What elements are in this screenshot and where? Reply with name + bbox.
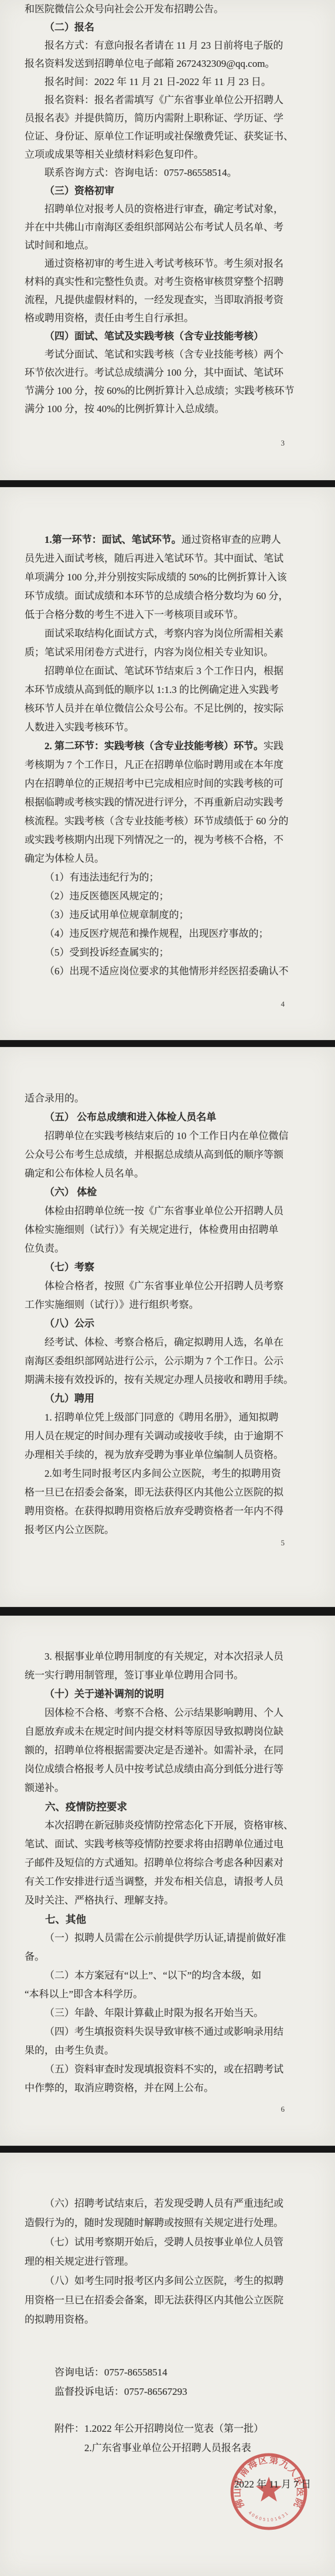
body-text-line: 用人员在规定的时间办理有关调动或接收手续，由于逾期不 — [0, 1427, 335, 1446]
footer-line: 咨询电话：0757-86558514 — [0, 2363, 335, 2382]
body-text-line: 根据临聘或考核实践的情况进行评分，不再重新启动实践考 — [0, 793, 335, 812]
body-text-line: （二）本方案冠有“以上”、“以下”的均含本级，如 — [0, 1966, 335, 1985]
body-text-line: 考核期为 7 个工作日，凡正在招聘单位临时聘用或在本年度 — [0, 756, 335, 774]
body-text-line: 1.第一环节：面试、笔试环节。通过资格审查的应聘人 — [0, 531, 335, 549]
body-text-line: 格一旦已在招委会备案，即无法获得区内其他公立医院的拟 — [0, 1483, 335, 1502]
body-text-line: （3）违反试用单位规章制度的； — [0, 906, 335, 925]
body-text-line: 报名方式：有意向报名者请在 11 月 23 日前将电子版的 — [0, 36, 335, 55]
body-text-line: 有关工作安排进行适当调整，并发布相关信息，请报考人员 — [0, 1872, 335, 1891]
body-text-line: 满分 100 分，按 40%的比例折算计入总成绩。 — [0, 400, 335, 418]
body-text-line: 额递补。 — [0, 1779, 335, 1797]
section-heading: （六） 体检 — [0, 1183, 335, 1202]
body-text-line: 3. 根据事业单位聘用制度的有关规定，对本次招录人员 — [0, 1647, 335, 1666]
body-text-line: 本环节成绩从高到低的顺序以 1:1.3 的比例确定进入实践考 — [0, 681, 335, 699]
body-text-line: 统一实行聘用制管理，签订事业单位聘用合同书。 — [0, 1666, 335, 1685]
body-text-line: 额的，招聘单位将根据需要决定是否递补。如需补录，在同 — [0, 1741, 335, 1760]
body-text-line: 招聘单位在实践考核结束后的 10 个工作日内在单位微信 — [0, 1127, 335, 1146]
body-text-line: 位证、身份证、原单位工作证明或社保缴费凭证、获奖证书、 — [0, 127, 335, 145]
body-text-line: 子邮件及短信的方式通知。招聘单位将综合考虑各种因素对 — [0, 1854, 335, 1872]
body-text-line: 体检实施细则（试行）》有关规定进行，体检费用由招聘单 — [0, 1221, 335, 1239]
document-page-5: （六）招聘考试结束后，若发现受聘人员有严重违纪或造假行为的，随时发现随时解聘或按… — [0, 2153, 335, 2576]
page-content: 3. 根据事业单位聘用制度的有关规定，对本次招录人员统一实行聘用制管理，签订事业… — [0, 1616, 335, 2098]
section-heading: （十）关于递补调剂的说明 — [0, 1685, 335, 1704]
body-text-line: （1）有违法违纪行为的； — [0, 868, 335, 887]
body-text-line: 因体检不合格、考察不合格、公示结果影响聘用、个人 — [0, 1704, 335, 1722]
body-text: 通过资格审查的应聘人 — [182, 534, 281, 545]
body-text-line: 自愿放弃或未在规定时间内提交材料等原因导致拟聘岗位缺 — [0, 1722, 335, 1741]
footer-line: 监督投诉电话：0757-86567293 — [0, 2382, 335, 2401]
body-text-line: 笔试、面试、实践考核等疫情防控要求将由招聘单位通过电 — [0, 1835, 335, 1854]
body-text-line: （6）出现不适应岗位要求的其他情形并经医招委确认不 — [0, 962, 335, 981]
blank-space — [0, 2401, 335, 2419]
body-text-line: 及时关注、严格执行、理解支持。 — [0, 1891, 335, 1910]
body-text-line: （四）考生填报资料失误导致审核不通过或影响录用结 — [0, 2023, 335, 2041]
body-text-line: 并在中共佛山市南海区委组织部网站公布考试人员名单、考 — [0, 218, 335, 236]
body-text-line: 体检由招聘单位统一按《广东省事业单位公开招聘人员 — [0, 1202, 335, 1221]
body-text-line: 岗位成绩合格报考人员中按考试总成绩由高分到低分进行等 — [0, 1760, 335, 1779]
body-text-line: 经考试、体检、考察合格后，确定拟聘用人选，名单在 — [0, 1333, 335, 1352]
body-text-line: （一）拟聘人员需在公示前提供学历认证,请提前做好准 — [0, 1929, 335, 1948]
body-text-line: 报名时间：2022 年 11 月 21 日-2022 年 11 月 23 日。 — [0, 73, 335, 91]
body-text-line: 造假行为的，随时发现随时解聘或按照有关规定进行处理。 — [0, 2213, 335, 2232]
body-text-line: 确定和公布体检人员名单。 — [0, 1164, 335, 1183]
page-gap — [0, 2146, 335, 2153]
body-text-line: 报名资料发送到招聘单位电子邮箱 2672432309@qq.com。 — [0, 55, 335, 73]
body-text-line: 人数进入实践考核环节。 — [0, 718, 335, 737]
issue-date: 2022 年 11 月 7 日 — [234, 2476, 311, 2490]
body-text-line: 环节成绩。面试成绩和本环节的总成绩合格分数均为 60 分， — [0, 587, 335, 606]
section-heading: （八）公示 — [0, 1314, 335, 1333]
page-number: 3 — [281, 437, 285, 449]
body-text-line: 位负责。 — [0, 1239, 335, 1258]
body-text-line: 流程，凡提供虚假材料的，一经发现查实，当即取消报考资 — [0, 291, 335, 309]
body-text-line: （五）资料审查时发现填报资料不实的，或在招聘考试 — [0, 2060, 335, 2079]
body-text-line: 招聘单位对报考人员的资格进行审查，确定考试对象， — [0, 200, 335, 218]
body-text-line: 工作实施细则（试行）》进行组织考察。 — [0, 1296, 335, 1314]
page-content: （六）招聘考试结束后，若发现受聘人员有严重违纪或造假行为的，随时发现随时解聘或按… — [0, 2153, 335, 2458]
section-heading: （四）面试、笔试及实践考核（含专业技能考核） — [0, 327, 335, 345]
body-text-line: 和医院微信公众号向社会公开发布招聘公告。 — [0, 0, 335, 18]
body-text-line: 报考区内公立医院。 — [0, 1521, 335, 1540]
body-text-line: 质；笔试采用闭卷方式进行，内容为岗位相关专业知识。 — [0, 643, 335, 662]
page-gap — [0, 1607, 335, 1616]
body-text-line: 考试分面试、笔试和实践考核（含专业技能考核）两个 — [0, 345, 335, 363]
section-heading: （三）资格初审 — [0, 182, 335, 200]
section-heading: 六、疫情防控要求 — [0, 1797, 335, 1816]
body-text-line: 材料的真实性和完整性负责。对考生资格审核贯穿整个招聘 — [0, 273, 335, 291]
body-text-line: 体检合格者，按照《广东省事业单位公开招聘人员考察 — [0, 1277, 335, 1296]
body-text-line: 环节依次进行。考试总成绩满分 100 分，其中面试、笔试环 — [0, 363, 335, 382]
body-text-line: 试时间和地点。 — [0, 236, 335, 254]
body-text-line: 1. 招聘单位凭上级部门同意的《聘用名册》，通知拟聘 — [0, 1408, 335, 1427]
body-text-line: 的拟聘用资格。 — [0, 2310, 335, 2329]
body-text-line: （八）如考生同时报考区内多间公立医院，考生的拟聘 — [0, 2271, 335, 2290]
section-heading: （二）报名 — [0, 18, 335, 36]
body-text-line: 2. 第二环节：实践考核（含专业技能考核）环节。实践 — [0, 737, 335, 756]
page-number: 4 — [281, 998, 285, 1010]
body-text-line: （4）违反医疗规范和操作规程，出现医疗事故的； — [0, 925, 335, 943]
body-text-line: 2.如考生同时报考区内多间公立医院，考生的拟聘用资 — [0, 1464, 335, 1483]
body-text-line: “本科以上”即含本科学历。 — [0, 1985, 335, 2004]
body-text-line: 南海区委组织部网站进行公示，公示期为 7 个工作日。公示 — [0, 1352, 335, 1371]
body-text-line: （六）招聘考试结束后，若发现受聘人员有严重违纪或 — [0, 2194, 335, 2213]
body-text-line: 单项满分 100 分,并分别按实际成绩的 50%的比例折算计入该 — [0, 568, 335, 587]
body-text-line: 本次招聘在新冠肺炎疫情防控常态化下开展，资格审核、 — [0, 1816, 335, 1835]
body-text-line: 用资格一旦已在招委会备案，即无法获得区内其他公立医院 — [0, 2290, 335, 2310]
scanned-recruitment-notice: 和医院微信公众号向社会公开发布招聘公告。（二）报名报名方式：有意向报名者请在 1… — [0, 0, 335, 2576]
document-page-1: 和医院微信公众号向社会公开发布招聘公告。（二）报名报名方式：有意向报名者请在 1… — [0, 0, 335, 480]
bold-lead-text: 1.第一环节：面试、笔试环节。 — [45, 534, 182, 545]
body-text-line: （三）年龄、年限计算截止时限为报名开始当天。 — [0, 2004, 335, 2023]
body-text-line: 招聘单位在面试、笔试环节结束后 3 个工作日内，根据 — [0, 662, 335, 681]
section-heading: （九）聘用 — [0, 1389, 335, 1408]
body-text-line: 通过资格初审的考生进入考试考核环节。考生须对报名 — [0, 254, 335, 273]
body-text-line: （5）受到投诉经查属实的； — [0, 943, 335, 962]
body-text-line: （七）试用考察期开始后，受聘人员按事业单位人员管 — [0, 2232, 335, 2252]
body-text-line: 面试采取结构化面试方式，考察内容为岗位所需相关素 — [0, 624, 335, 643]
body-text-line: 格或聘用资格，责任由考生自行承担。 — [0, 309, 335, 327]
body-text-line: 内在招聘单位的正规招考中已完成相应时间的实践考核的可 — [0, 774, 335, 793]
body-text-line: 员先进入面试考核，随后再进入笔试环节。其中面试、笔试 — [0, 549, 335, 568]
body-text-line: 中作弊的，取消应聘资格，并在网上公布。 — [0, 2079, 335, 2098]
body-text-line: 节满分 100 分，按 60%的比例折算计入总成绩；实践考核环节 — [0, 382, 335, 400]
section-heading: （七）考察 — [0, 1258, 335, 1277]
body-text-line: 立项或成果等相关业绩材料彩色复印件。 — [0, 145, 335, 164]
body-text-line: 适合录用的。 — [0, 1089, 335, 1108]
body-text-line: 核流程。实践考核（含专业技能考核）环节成绩低于 60 分的 — [0, 812, 335, 831]
body-text-line: 确定为体检人员。 — [0, 849, 335, 868]
official-hospital-seal: 佛山市南海区第九人民医院 4406051016310 — [228, 2451, 309, 2532]
body-text-line: （2）违反医德医风规定的； — [0, 887, 335, 906]
document-page-4: 3. 根据事业单位聘用制度的有关规定，对本次招录人员统一实行聘用制管理，签订事业… — [0, 1616, 335, 2146]
page-content: 适合录用的。（五） 公布总成绩和进入体检人员名单招聘单位在实践考核结束后的 10… — [0, 1047, 335, 1540]
page-content: 1.第一环节：面试、笔试环节。通过资格审查的应聘人员先进入面试考核，随后再进入笔… — [0, 487, 335, 981]
body-text-line: 联系咨询方式：咨询电话：0757-86558514。 — [0, 164, 335, 182]
body-text-line: 报名资料：报名者需填写《广东省事业单位公开招聘人 — [0, 91, 335, 109]
page-content: 和医院微信公众号向社会公开发布招聘公告。（二）报名报名方式：有意向报名者请在 1… — [0, 0, 335, 418]
body-text-line: 公众号公布考生总成绩，并根据总成绩从高到低的顺序等额 — [0, 1146, 335, 1164]
document-page-2: 1.第一环节：面试、笔试环节。通过资格审查的应聘人员先进入面试考核，随后再进入笔… — [0, 487, 335, 1040]
body-text-line: 备。 — [0, 1948, 335, 1966]
body-text-line: 果的，由考生负责。 — [0, 2041, 335, 2060]
section-heading: 七、其他 — [0, 1910, 335, 1929]
body-text: 实践 — [264, 740, 283, 752]
body-text-line: 或实践考核期内出现下列情况之一的，视为考核不合格，不 — [0, 831, 335, 849]
body-text-line: 核环节人员并在单位微信公众号公布。不足比例的，按实际 — [0, 699, 335, 718]
section-heading: （五） 公布总成绩和进入体检人员名单 — [0, 1108, 335, 1127]
footer-line: 附件：1.2022 年公开招聘岗位一览表（第一批） — [0, 2419, 335, 2438]
page-gap — [0, 480, 335, 487]
page-gap — [0, 1040, 335, 1047]
body-text-line: 低于合格分数的考生不进入下一考核项目或环节。 — [0, 606, 335, 624]
blank-space — [0, 2329, 335, 2363]
document-page-3: 适合录用的。（五） 公布总成绩和进入体检人员名单招聘单位在实践考核结束后的 10… — [0, 1047, 335, 1607]
body-text-line: 理的相关规定进行管理。 — [0, 2252, 335, 2271]
body-text-line: 期满未接有效投诉的，按有关规定办理人员接收和聘用手续。 — [0, 1371, 335, 1389]
bold-lead-text: 2. 第二环节：实践考核（含专业技能考核）环节。 — [45, 740, 264, 752]
body-text-line: 员报名表》并提供简历，简历内需附上职称证、学历证、学 — [0, 109, 335, 127]
page-number: 5 — [281, 1537, 285, 1549]
body-text-line: 办理相关手续的，视为放弃受聘为事业单位编制人员资格。 — [0, 1446, 335, 1464]
body-text-line: 聘用资格。在获得拟聘用资格后放弃受聘资格者一年内不得 — [0, 1502, 335, 1521]
page-number: 6 — [281, 2103, 285, 2115]
